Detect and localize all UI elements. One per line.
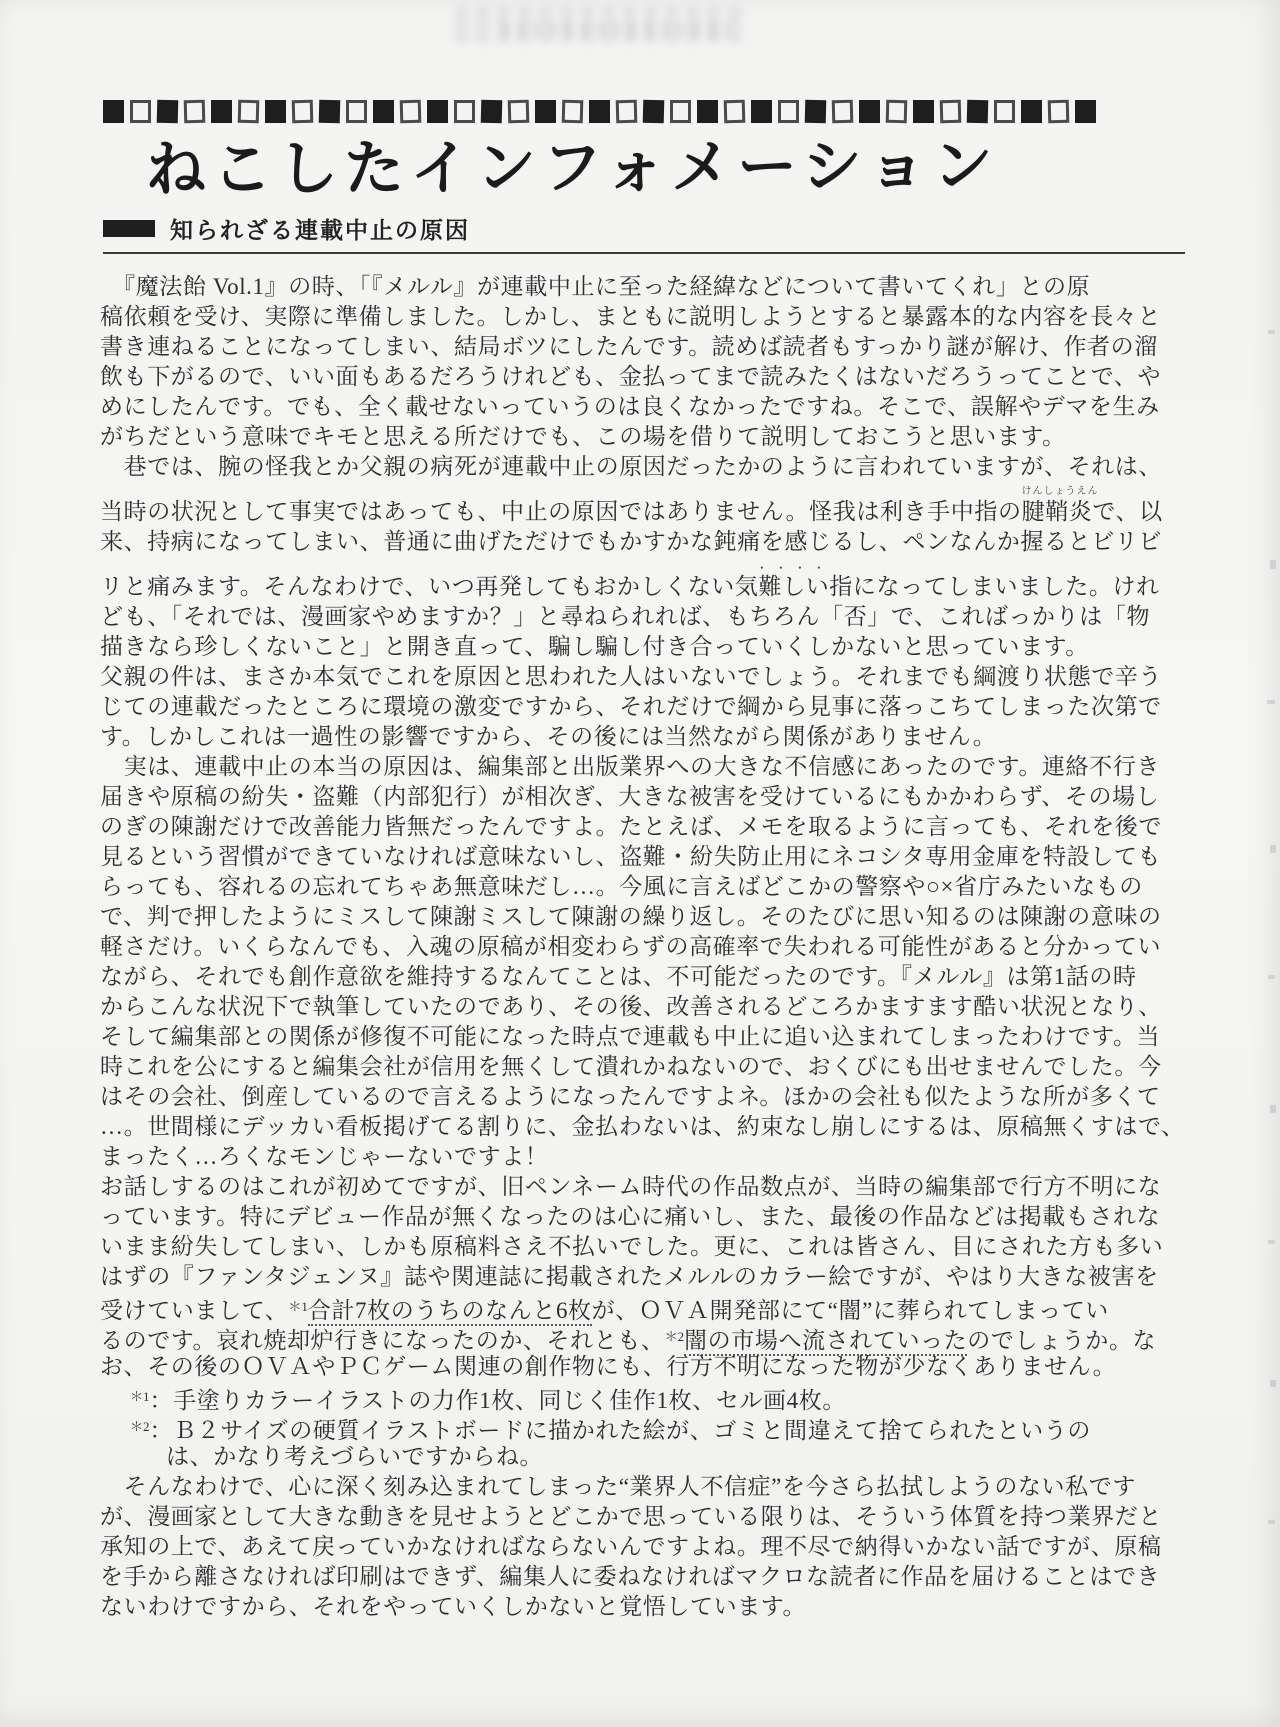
footnote-marker: ＊1 [288,1299,308,1314]
text-segment: 巷では、腕の怪我とか父親の病死が連載中止の原因だったかのように言われていますが、… [100,454,1162,479]
text-segment: 稿依頼を受け、実際に準備しました。しかし、まともに説明しようとすると暴露本的な内… [100,304,1161,329]
text-segment: 届きや原稿の紛失・盗難（内部犯行）が相次ぎ、大きな被害を受けているにもかかわらず… [100,784,1159,809]
text-line: っています。特にデビュー作品が無くなったのは心に痛いし、また、最後の作品などは掲… [100,1202,1210,1232]
scan-artifact [1268,1520,1275,1524]
text-segment: 『魔法飴 Vol.1』の時、「『メルル』が連載中止に至った経緯などについて書いて… [100,274,1090,299]
text-line: じての連載だったところに環境の激変ですから、それだけで綱から見事に落っこちてしま… [100,692,1210,722]
text-segment: 見るという習慣ができていなければ意味ないし、盗難・紛失防止用にネコシタ専用金庫を… [100,844,1161,869]
text-segment: …。世間様にデッカい看板掲げてる割りに、金払わないは、約束なし崩しにするは、原稿… [100,1114,1185,1139]
scan-artifact [1268,975,1275,979]
text-line: ＊1：手塗りカラーイラストの力作1枚、同じく佳作1枚、セル画4枚。 [100,1382,1210,1412]
text-segment: はその会社、倒産しているので言えるようになったんですよネ。ほかの会社も似たような… [100,1084,1161,1109]
page-title: ねこしたインフォメーション [146,118,999,208]
text-segment: ：手塗りカラーイラストの力作1枚、同じく佳作1枚、セル画4枚。 [150,1388,846,1413]
text-segment: 来、持病になってしまい、普通に曲げただけでもかすかな鈍痛を感じるし、ペンなんか握… [100,529,1162,554]
scan-artifact [1270,560,1276,569]
border-square-black [157,100,179,124]
text-segment: 時これを公にすると編集会社が信用を無くして潰れかねないので、おくびにも出せません… [100,1054,1162,1079]
text-segment: 父親の件は、まさか本気でこれを原因と思われた人はいないでしょう。それまでも綱渡り… [100,664,1162,689]
border-square-white [238,100,260,124]
text-line: のぎの陳謝だけで改善能力皆無だったんですよ。たとえば、メモを取るように言っても、… [100,812,1210,842]
text-line: 当時の状況として事実ではあっても、中止の原因ではありません。怪我は利き手中指の腱… [100,497,1210,527]
section-header-label: 知られざる連載中止の原因 [170,212,470,245]
scanned-document-page: ねこしたインフォメーション 知られざる連載中止の原因 『魔法飴 Vol.1』の時… [0,0,1280,1727]
footnote-marker: ＊2 [130,1419,150,1434]
text-line: 時これを公にすると編集会社が信用を無くして潰れかねないので、おくびにも出せません… [100,1052,1210,1082]
text-segment: めにしたんです。でも、全く載せないっていうのは良くなかったですね。そこで、誤解や… [100,394,1160,419]
scan-artifact [1270,1380,1276,1387]
bleedthrough-smudge [500,22,730,38]
scan-artifact [1268,330,1275,334]
text-segment: ども、「それでは、漫画家やめますか？」と尋ねられれば、もちろん「否」で、こればっ… [100,604,1150,629]
text-segment: 飲も下がるので、いい面もあるだろうけれども、金払ってまで読みたくはないだろうって… [100,364,1161,389]
text-line: 見るという習慣ができていなければ意味ないし、盗難・紛失防止用にネコシタ専用金庫を… [100,842,1210,872]
border-square-black [1021,100,1042,123]
text-line: 受けていまして、＊1合計7枚のうちのなんと6枚が、ＯＶＡ開発部にて“闇”に葬られ… [100,1292,1210,1322]
border-square-white [184,100,206,124]
text-segment: のでしょうか。な [967,1328,1156,1353]
text-line: るのです。哀れ焼却炉行きになったのか、それとも、＊2闇の市場へ流されていったので… [100,1322,1210,1352]
text-segment: 受けていまして、 [100,1298,288,1323]
text-segment: が、漫画家として大きな動きを見せようとどこかで思っている限りは、そういう体質を持… [100,1504,1162,1529]
text-segment: 当時の状況として事実ではあっても、中止の原因ではありません。怪我は利き手中指の [100,499,1022,524]
text-segment: そして編集部との関係が修復不可能になった時点で連載も中止に追い込まれてしまったわ… [100,1024,1160,1049]
text-segment: ないわけですから、それをやっていくしかないと覚悟しています。 [100,1594,806,1619]
text-line: からこんな状況下で執筆していたのであり、その後、改善されるどころかますます酷い状… [100,992,1210,1022]
emphasized-text: 気難しい指 [735,574,853,599]
text-line: す。しかしこれは一過性の影響ですから、その後には当然ながら関係がありません。 [100,722,1210,752]
border-square-white [292,100,314,124]
text-line: …。世間様にデッカい看板掲げてる割りに、金払わないは、約束なし崩しにするは、原稿… [100,1112,1210,1142]
text-segment: ：Ｂ２サイズの硬質イラストボードに描かれた絵が、ゴミと間違えて捨てられたというの [150,1418,1091,1443]
text-segment: 描きなら珍しくないこと」と開き直って、騙し騙し付き合っていくしかないと思っていま… [100,634,1089,659]
border-square-black [373,100,394,123]
text-segment: じての連載だったところに環境の激変ですから、それだけで綱から見事に落っこちてしま… [100,694,1162,719]
text-segment: ながら、それでも創作意欲を維持するなんてことは、不可能だったのです。『メルル』は… [100,964,1137,989]
text-line: 書き連ねることになってしまい、結局ボツにしたんです。読めば読者もすっかり謎が解け… [100,332,1210,362]
text-line: ども、「それでは、漫画家やめますか？」と尋ねられれば、もちろん「否」で、こればっ… [100,602,1210,632]
text-line: 実は、連載中止の本当の原因は、編集部と出版業界への大きな不信感にあったのです。連… [100,752,1210,782]
scan-artifact [1268,1240,1275,1244]
text-segment: のぎの陳謝だけで改善能力皆無だったんですよ。たとえば、メモを取るように言っても、… [100,814,1162,839]
text-segment: からこんな状況下で執筆していたのであり、その後、改善されるどころかますます酷い状… [100,994,1162,1019]
text-line: ながら、それでも創作意欲を維持するなんてことは、不可能だったのです。『メルル』は… [100,962,1210,992]
text-segment: お、その後のＯＶＡやＰＣゲーム関連の創作物にも、行方不明になった物が少なくありま… [100,1354,1116,1379]
text-segment: す。しかしこれは一過性の影響ですから、その後には当然ながら関係がありません。 [100,724,996,749]
text-line: 軽さだけ。いくらなんでも、入魂の原稿が相変わらずの高確率で失われる可能性があると… [100,932,1210,962]
text-segment: がちだという意味でキモと思える所だけでも、この場を借りて説明しておこうと思います… [100,424,1066,449]
text-line: そして編集部との関係が修復不可能になった時点で連載も中止に追い込まれてしまったわ… [100,1022,1210,1052]
text-line: めにしたんです。でも、全く載せないっていうのは良くなかったですね。そこで、誤解や… [100,392,1210,422]
text-segment: 実は、連載中止の本当の原因は、編集部と出版業界への大きな不信感にあったのです。連… [100,754,1160,779]
text-line: はその会社、倒産しているので言えるようになったんですよネ。ほかの会社も似たような… [100,1082,1210,1112]
text-line: リと痛みます。そんなわけで、いつ再発してもおかしくない気難しい指になってしまいま… [100,572,1210,602]
text-line: はずの『ファンタジェンヌ』誌や関連誌に掲載されたメルルのカラー絵ですが、やはり大… [100,1262,1210,1292]
text-line: お、その後のＯＶＡやＰＣゲーム関連の創作物にも、行方不明になった物が少なくありま… [100,1352,1210,1382]
text-segment: っています。特にデビュー作品が無くなったのは心に痛いし、また、最後の作品などは掲… [100,1204,1160,1229]
text-line: らっても、容れるの忘れてちゃあ無意味だし…。今風に言えばどこかの警察や○×省庁み… [100,872,1210,902]
text-segment: を手から離さなければ印刷はできず、編集人に委ねなければマクロな読者に作品を届ける… [100,1564,1160,1589]
section-header-block [103,220,155,237]
text-segment: になってしまいました。けれ [853,574,1160,599]
text-line: 承知の上で、あえて戻っていかなければならないんですよね。理不尽で納得いかない話で… [100,1532,1210,1562]
border-square-black [1075,100,1096,123]
text-line: いまま紛失してしまい、しかも原稿料さえ不払いでした。更に、これは皆さん、目にされ… [100,1232,1210,1262]
body-text: 『魔法飴 Vol.1』の時、「『メルル』が連載中止に至った経緯などについて書いて… [100,272,1210,1622]
text-segment: まったく…ろくなモンじゃーないですよ！ [100,1144,548,1169]
text-line: は、かなり考えづらいですからね。 [100,1442,1210,1472]
text-line: で、判で押したようにミスして陳謝ミスして陳謝の繰り返し。そのたびに思い知るのは陳… [100,902,1210,932]
text-segment: で、以 [1092,499,1162,524]
text-line: 描きなら珍しくないこと」と開き直って、騙し騙し付き合っていくしかないと思っていま… [100,632,1210,662]
text-line: ないわけですから、それをやっていくしかないと覚悟しています。 [100,1592,1210,1622]
border-square-white [130,100,151,123]
ruby-annotated-text: 腱鞘炎 [1022,499,1093,524]
text-line: そんなわけで、心に深く刻み込まれてしまった“業界人不信症”を今さら払拭しようのな… [100,1472,1210,1502]
text-segment: で、判で押したようにミスして陳謝ミスして陳謝の繰り返し。そのたびに思い知るのは陳… [100,904,1162,929]
text-segment: が、ＯＶＡ開発部にて“闇”に葬られてしまってい [592,1298,1109,1323]
border-square-black [211,100,232,123]
scan-artifact [1267,700,1275,704]
border-square-white [346,100,367,123]
text-segment: 承知の上で、あえて戻っていかなければならないんですよね。理不尽で納得いかない話で… [100,1534,1162,1559]
text-line: を手から離さなければ印刷はできず、編集人に委ねなければマクロな読者に作品を届ける… [100,1562,1210,1592]
text-line: ＊2：Ｂ２サイズの硬質イラストボードに描かれた絵が、ゴミと間違えて捨てられたとい… [100,1412,1210,1442]
text-segment: るのです。哀れ焼却炉行きになったのか、それとも、 [100,1328,665,1353]
section-header: 知られざる連載中止の原因 [103,212,1185,254]
text-segment: 書き連ねることになってしまい、結局ボツにしたんです。読めば読者もすっかり謎が解け… [100,334,1158,359]
text-line: 飲も下がるので、いい面もあるだろうけれども、金払ってまで読みたくはないだろうって… [100,362,1210,392]
text-line: がちだという意味でキモと思える所だけでも、この場を借りて説明しておこうと思います… [100,422,1210,452]
scan-artifact [1270,1105,1276,1113]
text-segment: は、かなり考えづらいですからね。 [166,1444,543,1469]
text-line: 父親の件は、まさか本気でこれを原因と思われた人はいないでしょう。それまでも綱渡り… [100,662,1210,692]
scan-artifact [1270,845,1276,853]
border-square-black [265,100,286,123]
text-segment: 軽さだけ。いくらなんでも、入魂の原稿が相変わらずの高確率で失われる可能性があると… [100,934,1161,959]
text-segment: そんなわけで、心に深く刻み込まれてしまった“業界人不信症”を今さら払拭しようのな… [100,1474,1136,1499]
text-line: 稿依頼を受け、実際に準備しました。しかし、まともに説明しようとすると暴露本的な内… [100,302,1210,332]
text-line: 巷では、腕の怪我とか父親の病死が連載中止の原因だったかのように言われていますが、… [100,452,1210,482]
border-square-white [1048,100,1070,124]
border-square-black [103,100,124,123]
text-segment: お話しするのはこれが初めてですが、旧ペンネーム時代の作品数点が、当時の編集部で行… [100,1174,1161,1199]
text-line: まったく…ろくなモンじゃーないですよ！ [100,1142,1210,1172]
footnote-marker: ＊2 [665,1329,685,1344]
border-square-black [427,100,448,123]
text-line: 届きや原稿の紛失・盗難（内部犯行）が相次ぎ、大きな被害を受けているにもかかわらず… [100,782,1210,812]
text-line: お話しするのはこれが初めてですが、旧ペンネーム時代の作品数点が、当時の編集部で行… [100,1172,1210,1202]
border-square-black [319,100,341,124]
text-line: 来、持病になってしまい、普通に曲げただけでもかすかな鈍痛を感じるし、ペンなんか握… [100,527,1210,557]
text-segment: はずの『ファンタジェンヌ』誌や関連誌に掲載されたメルルのカラー絵ですが、やはり大… [100,1264,1159,1289]
footnote-marker: ＊1 [130,1389,150,1404]
text-segment: らっても、容れるの忘れてちゃあ無意味だし…。今風に言えばどこかの警察や○×省庁み… [100,874,1143,899]
text-line: が、漫画家として大きな動きを見せようとどこかで思っている限りは、そういう体質を持… [100,1502,1210,1532]
text-segment: リと痛みます。そんなわけで、いつ再発してもおかしくない [100,574,735,599]
text-line: 『魔法飴 Vol.1』の時、「『メルル』が連載中止に至った経緯などについて書いて… [100,272,1210,302]
text-segment: いまま紛失してしまい、しかも原稿料さえ不払いでした。更に、これは皆さん、目にされ… [100,1234,1163,1259]
